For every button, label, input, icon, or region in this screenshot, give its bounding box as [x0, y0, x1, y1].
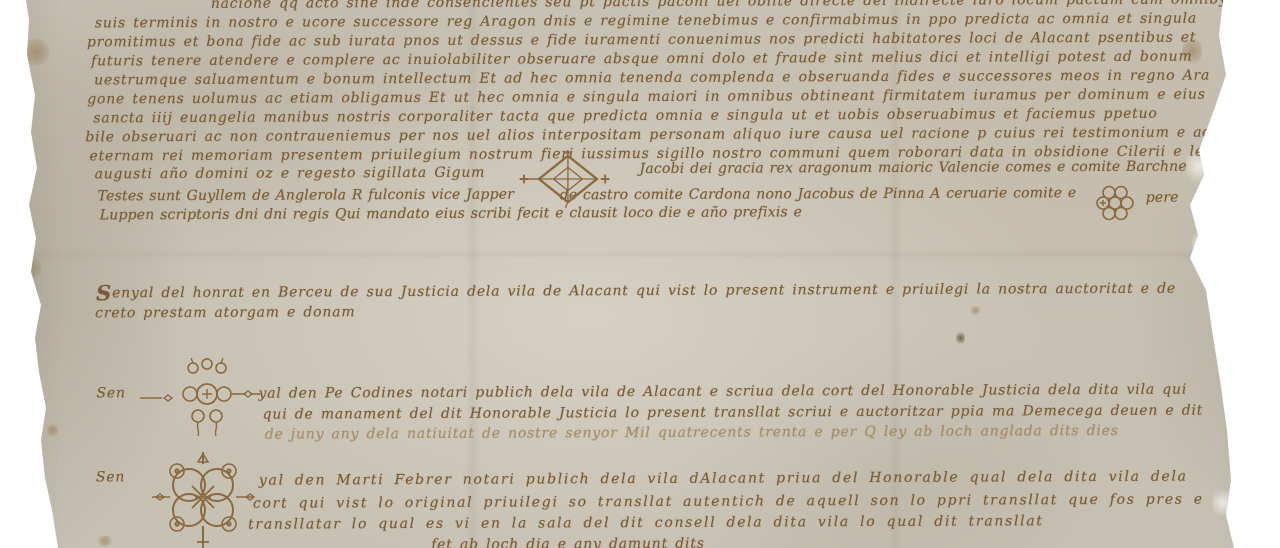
- royal-lozenge-signum-icon: [516, 150, 616, 208]
- manuscript-line: bile obseruari ac non contraueniemus per…: [85, 125, 1212, 146]
- manuscript-line: yal den Marti Febrer notari publich dela…: [259, 469, 1188, 489]
- manuscript-line: uestrumque saluamentum e bonum intellect…: [94, 68, 1210, 89]
- manuscript-line: qui de manament del dit Honorable Justic…: [263, 403, 1204, 423]
- quatrefoil-cross-signum-icon: [148, 452, 258, 548]
- manuscript-line: promitimus et bona fide ac sub iurata pn…: [87, 30, 1196, 51]
- witness-line: pere: [1146, 190, 1179, 206]
- manuscript-line: fet ab loch dia e any damunt dits: [431, 536, 705, 548]
- royal-intitulation-line: Jacobi dei gracia rex aragonum maioric V…: [640, 159, 1187, 177]
- manuscript-photo: nacione qq acto sine inde consencientes …: [0, 0, 1280, 548]
- flourished-initial: S: [96, 280, 112, 305]
- manuscript-line: cort qui vist lo original priuilegi so t…: [253, 492, 1204, 512]
- sen-prefix: Sen: [96, 385, 125, 401]
- margin-mark: 2: [27, 469, 39, 490]
- witness-line: de castro comite Cardona nono Jacobus de…: [560, 185, 1077, 203]
- manuscript-line: gone tenens uolumus ac etiam obligamus E…: [87, 87, 1206, 108]
- manuscript-line: enyal del honrat en Berceu de sua Justic…: [112, 281, 1176, 302]
- scribe-closing-line: Luppen scriptoris dni dni regis Qui mand…: [100, 204, 802, 223]
- witness-line: Testes sunt Guyllem de Anglerola R fulco…: [98, 187, 515, 205]
- manuscript-line: sancta iiij euangelia manibus nostris co…: [93, 106, 1157, 127]
- parchment-sheet: nacione qq acto sine inde consencientes …: [0, 0, 1280, 548]
- manuscript-line: futuris tenere atendere e complere ac in…: [91, 49, 1193, 70]
- manuscript-line: yal den Pe Codines notari publich dela v…: [258, 382, 1187, 402]
- manuscript-line: suis terminis in nostro e ucore successo…: [95, 11, 1197, 32]
- rosette-signum-icon: [1089, 182, 1141, 224]
- manuscript-line: transllatar lo qual es vi en la sala del…: [248, 513, 1044, 532]
- manuscript-line: nacione qq acto sine inde consencientes …: [211, 0, 1228, 12]
- manuscript-line: de juny any dela natiuitat de nostre sen…: [265, 423, 1119, 443]
- circle-cross-signum-icon: [140, 358, 260, 436]
- manuscript-line: augusti año domini oz e regesto sigillat…: [95, 165, 486, 183]
- sen-prefix: Sen: [96, 469, 125, 485]
- manuscript-line: creto prestam atorgam e donam: [95, 304, 355, 321]
